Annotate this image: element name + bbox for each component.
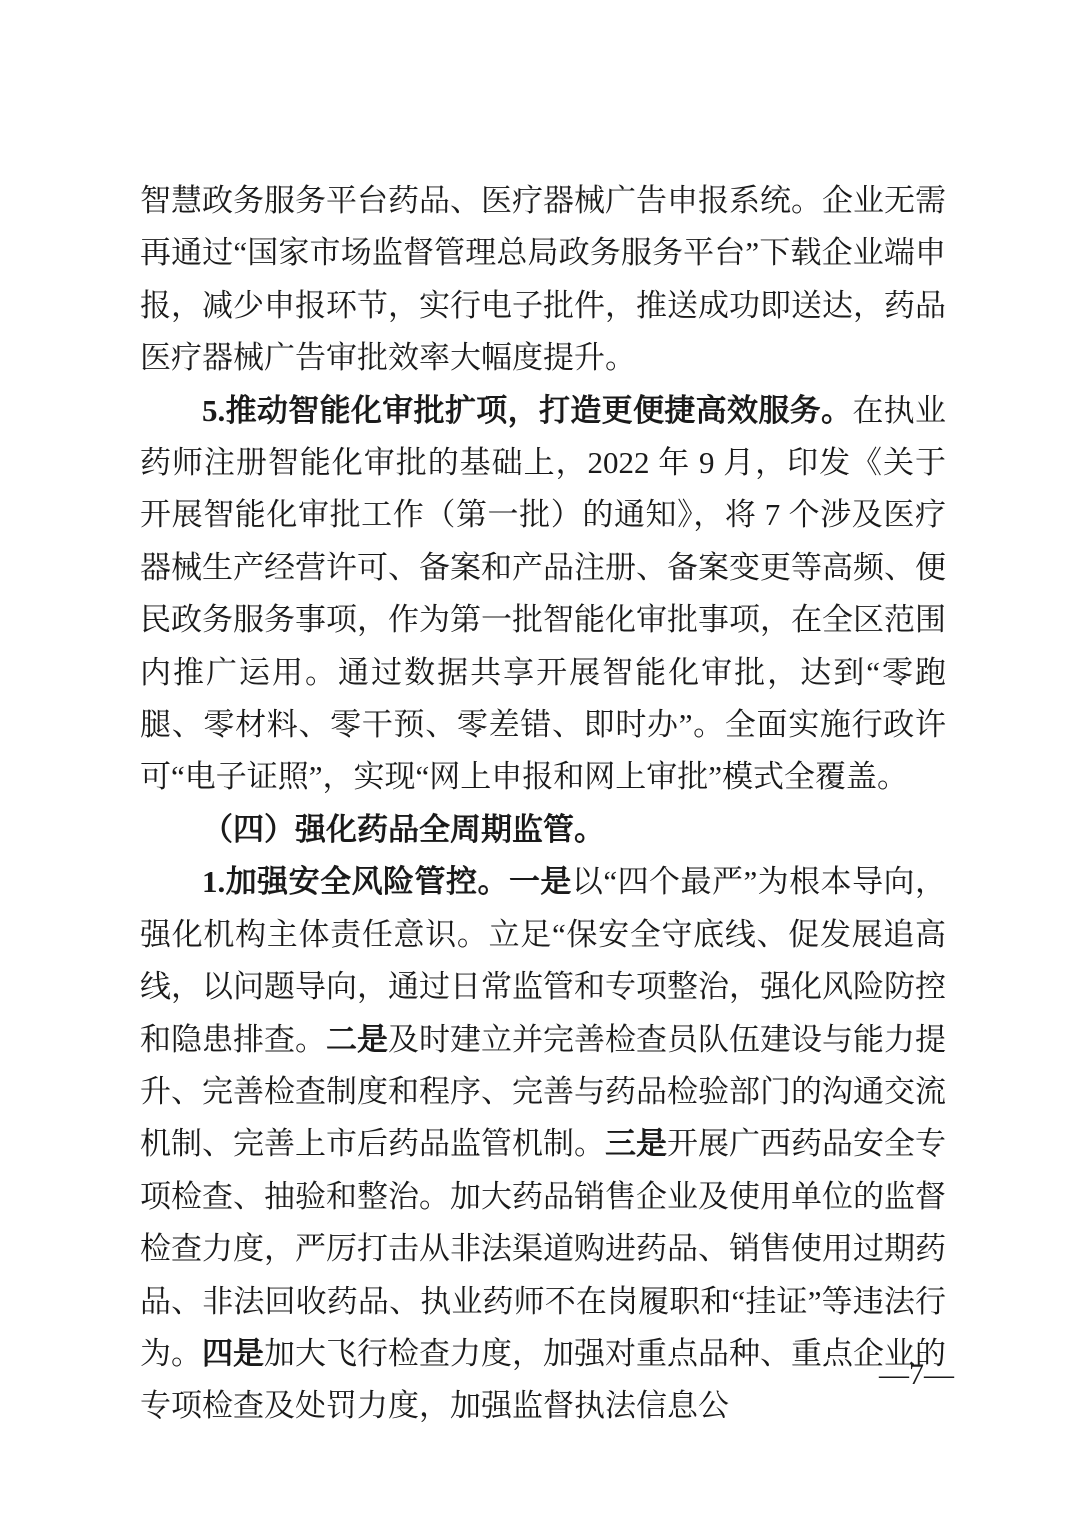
bold-text-run: 1.加强安全风险管控。 bbox=[202, 864, 509, 899]
document-page: 智慧政务服务平台药品、医疗器械广告申报系统。企业无需再通过“国家市场监督管理总局… bbox=[0, 0, 1074, 1520]
bold-text-run: 一是 bbox=[509, 864, 572, 899]
paragraph: 5.推动智能化审批扩项，打造更便捷高效服务。在执业药师注册智能化审批的基础上，2… bbox=[140, 385, 946, 804]
bold-text-run: 四是 bbox=[202, 1336, 264, 1371]
bold-text-run: 三是 bbox=[605, 1126, 667, 1161]
paragraph: （四）强化药品全周期监管。 bbox=[140, 804, 946, 856]
bold-text-run: （四）强化药品全周期监管。 bbox=[202, 812, 605, 847]
document-body: 智慧政务服务平台药品、医疗器械广告申报系统。企业无需再通过“国家市场监督管理总局… bbox=[140, 175, 946, 1433]
page-number: —7— bbox=[879, 1358, 954, 1392]
text-run: 在执业药师注册智能化审批的基础上，2022 年 9 月，印发《关于开展智能化审批… bbox=[140, 393, 946, 795]
bold-text-run: 二是 bbox=[326, 1022, 388, 1057]
text-run: 开展广西药品安全专项检查、抽验和整治。加大药品销售企业及使用单位的监督检查力度，… bbox=[140, 1126, 946, 1371]
paragraph: 智慧政务服务平台药品、医疗器械广告申报系统。企业无需再通过“国家市场监督管理总局… bbox=[140, 175, 946, 385]
text-run: 智慧政务服务平台药品、医疗器械广告申报系统。企业无需再通过“国家市场监督管理总局… bbox=[140, 183, 946, 375]
bold-text-run: 5.推动智能化审批扩项，打造更便捷高效服务。 bbox=[202, 393, 852, 428]
paragraph: 1.加强安全风险管控。一是以“四个最严”为根本导向，强化机构主体责任意识。立足“… bbox=[140, 856, 946, 1432]
